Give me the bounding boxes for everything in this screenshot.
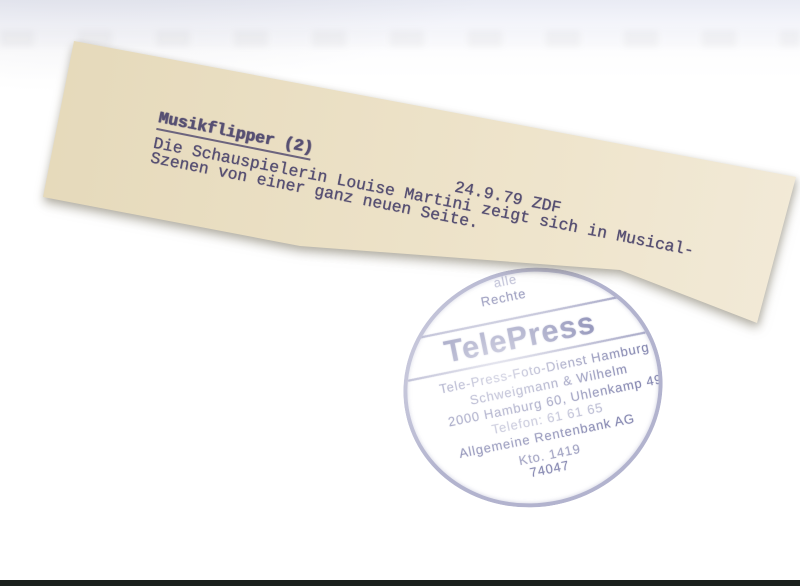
press-photo-back: alle Rechte TelePress Tele-Press-Foto-Di… (0, 0, 800, 586)
typewritten-text-block: Musikflipper (2) 24.9.79 ZDF Die Schausp… (41, 41, 800, 354)
caption-strip: Musikflipper (2) 24.9.79 ZDF Die Schausp… (43, 41, 796, 323)
caption-strip-shadow: Musikflipper (2) 24.9.79 ZDF Die Schausp… (43, 41, 796, 323)
caption-body-line: Die Schauspielerin Louise Martini zeigt … (152, 135, 695, 260)
photo-bottom-edge (0, 580, 800, 586)
